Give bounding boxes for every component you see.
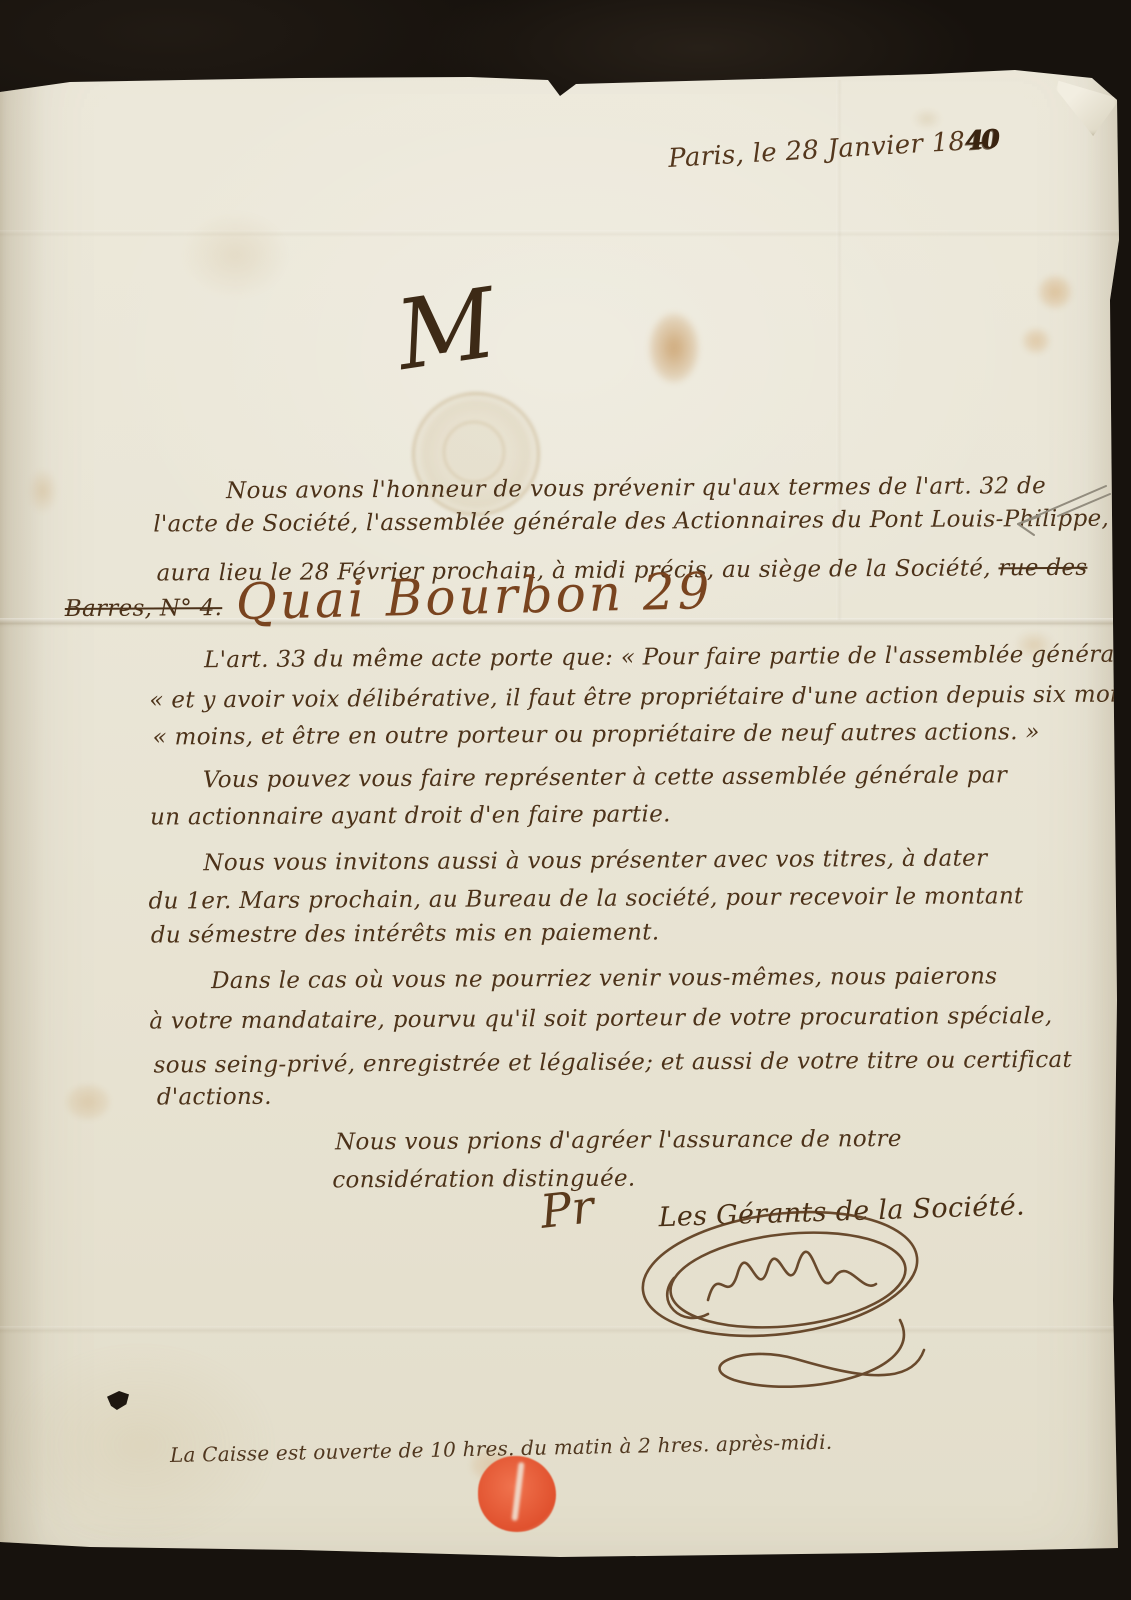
paragraph4-line2: du 1er. Mars prochain, au Bureau de la s… (149, 883, 1024, 916)
paragraph5-line1: Dans le cas où vous ne pourriez venir vo… (211, 963, 997, 995)
dateline-year-overwritten: 40 (964, 125, 998, 157)
signature-flourish (612, 1182, 942, 1417)
paragraph5-line4: d'actions. (157, 1084, 272, 1112)
paragraph4-line3: du sémestre des intérêts mis en paiement… (151, 919, 660, 950)
dateline: Paris, le 28 Janvier 1840 (667, 125, 998, 175)
paragraph2-line1: L'art. 33 du même acte porte que: « Pour… (204, 642, 1131, 675)
paragraph1-line1: Nous avons l'honneur de vous prévenir qu… (226, 473, 1046, 506)
paragraph5-line3: sous seing-privé, enregistrée et légalis… (154, 1047, 1073, 1080)
new-address: Quai Bourbon 29 (236, 561, 714, 632)
paragraph1-line2: l'acte de Société, l'assemblée générale … (153, 506, 1109, 539)
struck-text-rue-des: rue des (998, 555, 1087, 582)
paragraph2-line2: « et y avoir voix délibérative, il faut … (149, 681, 1131, 715)
pencil-arrow-icon (988, 478, 1118, 553)
letter-body: Paris, le 28 Janvier 1840 M Nous avons l… (0, 0, 1131, 1600)
paragraph2-line3: « moins, et être en outre porteur ou pro… (153, 719, 1040, 752)
closing-line1: Nous vous prions d'agréer l'assurance de… (335, 1126, 902, 1157)
salutation-initial: M (389, 266, 499, 394)
pr-abbreviation: Pr (538, 1179, 597, 1240)
red-wax-seal-icon (478, 1456, 556, 1532)
paragraph4-line1: Nous vous invitons aussi à vous présente… (203, 845, 987, 877)
struck-old-address: Barres, N° 4. (65, 595, 223, 624)
letter-paper: Paris, le 28 Janvier 1840 M Nous avons l… (0, 0, 1131, 1600)
scanned-letter-scene: Paris, le 28 Janvier 1840 M Nous avons l… (0, 0, 1131, 1600)
paragraph3-line1: Vous pouvez vous faire représenter à cet… (203, 762, 1007, 795)
address-correction-line: Barres, N° 4.Quai Bourbon 29 (65, 565, 713, 629)
paragraph3-line2: un actionnaire ayant droit d'en faire pa… (150, 801, 671, 832)
dateline-place: Paris, le 28 Janvier 18 (667, 127, 966, 174)
paragraph5-line2: à votre mandataire, pourvu qu'il soit po… (149, 1003, 1052, 1036)
